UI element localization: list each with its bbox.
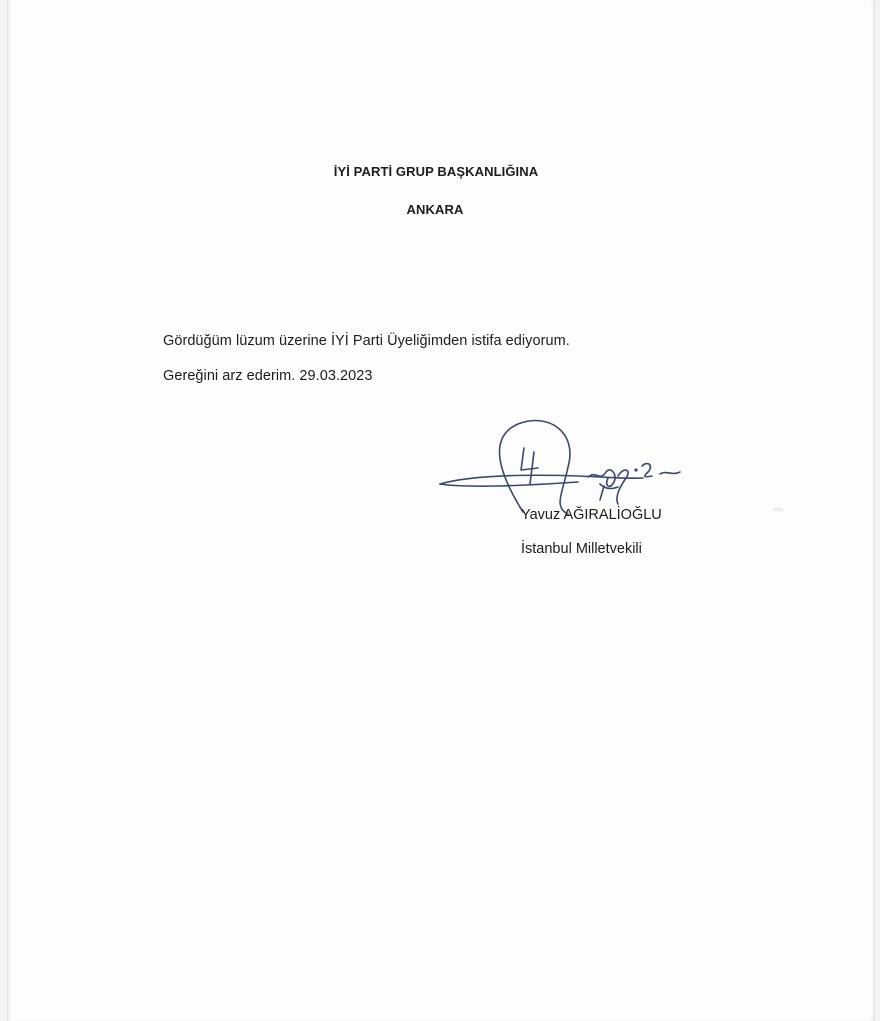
signatory-title: İstanbul Milletvekili [521,541,642,557]
addressee-city: ANKARA [2,202,868,217]
paper-speck [773,508,783,511]
resignation-statement: Gördüğüm lüzum üzerine İYİ Parti Üyeliği… [163,333,570,349]
addressee-line: İYİ PARTİ GRUP BAŞKANLIĞINA [3,164,869,179]
handwritten-signature [428,412,708,522]
document-page: İYİ PARTİ GRUP BAŞKANLIĞINA ANKARA Gördü… [7,0,875,1021]
closing-with-date: Gereğini arz ederim. 29.03.2023 [163,368,373,384]
signatory-name: Yavuz AĞIRALİOĞLU [521,507,662,523]
